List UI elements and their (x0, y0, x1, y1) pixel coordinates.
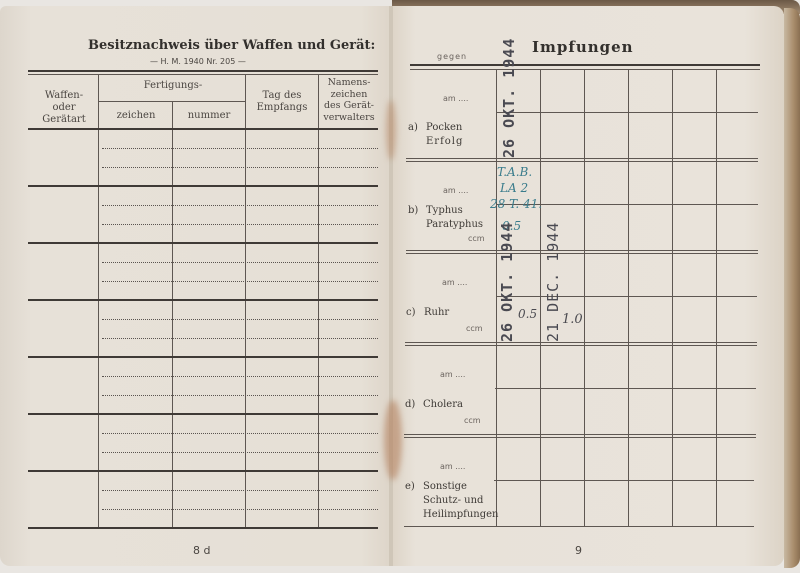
col-header-tag-des-empfangs: Tag des Empfangs (247, 90, 317, 114)
col-header-fertigungs: Fertigungs- (100, 80, 246, 92)
table-top-rule (28, 70, 378, 72)
grid-mid-rule (496, 296, 757, 297)
dotted-entry-line[interactable] (102, 148, 378, 149)
grid-col-divider (628, 70, 629, 526)
dotted-entry-line[interactable] (102, 376, 378, 377)
left-page-subtitle: — H. M. 1940 Nr. 205 — (150, 57, 246, 66)
dotted-entry-line[interactable] (102, 433, 378, 434)
dotted-entry-line[interactable] (102, 262, 378, 263)
table-bottom-rule (28, 527, 378, 529)
col-header-namenszeichen: Namens- zeichen des Gerät- verwalters (319, 77, 379, 123)
ccm-label: ccm (468, 234, 485, 243)
am-label: am .... (440, 462, 465, 471)
handwritten-tab: T.A.B. (497, 164, 532, 180)
section-rule (404, 437, 756, 438)
col-header-nummer: nummer (173, 110, 245, 122)
dotted-entry-line[interactable] (102, 319, 378, 320)
right-page-title: Impfungen (532, 38, 634, 56)
date-stamp-ruhr-1: 26 OKT. 1944 (498, 222, 516, 342)
book-spine (389, 6, 393, 566)
left-page-title: Besitznachweis über Waffen und Gerät: (88, 38, 375, 53)
row-rule (28, 185, 378, 187)
dotted-entry-line[interactable] (102, 509, 378, 510)
am-label: am .... (442, 278, 467, 287)
section-sub-schutz-heilimpfungen: Schutz- und Heilimpfungen (423, 494, 498, 522)
table-top-rule-inner (28, 74, 378, 75)
section-rule (406, 158, 758, 159)
dotted-entry-line[interactable] (102, 395, 378, 396)
section-rule (405, 342, 757, 343)
col-header-zeichen: zeichen (100, 110, 172, 122)
ruhr-dose-2: 1.0 (562, 312, 583, 328)
grid-col-divider (716, 70, 717, 526)
section-rule (406, 161, 758, 162)
date-stamp-ruhr-2: 21 DEC. 1944 (544, 222, 562, 342)
dotted-entry-line[interactable] (102, 167, 378, 168)
left-page-number: 8 d (193, 544, 210, 557)
dotted-entry-line[interactable] (102, 490, 378, 491)
section-name-ruhr: Ruhr (424, 306, 449, 320)
row-rule (28, 299, 378, 301)
section-name-pocken: Pocken (426, 121, 462, 135)
col-divider (245, 75, 246, 528)
section-rule (405, 345, 757, 346)
section-letter: e) (405, 480, 415, 494)
date-stamp-pocken: 26 OKT. 1944 (500, 38, 518, 158)
section-rule (406, 253, 758, 254)
grid-col-divider (496, 70, 497, 526)
col-header-waffen: Waffen- oder Gerätart (30, 90, 98, 126)
row-rule (28, 128, 378, 130)
vaccination-top-rule (410, 64, 760, 66)
section-name-typhus: Typhus (426, 204, 463, 218)
vaccination-bottom-rule (404, 526, 754, 527)
section-rule (406, 250, 758, 251)
col-divider (318, 75, 319, 528)
row-rule (28, 242, 378, 244)
handwritten-date: 28 T. 41. (490, 196, 542, 212)
right-page-number: 9 (575, 544, 582, 557)
section-letter: a) (408, 121, 418, 135)
section-name-sonstige: Sonstige (423, 480, 467, 494)
book-cover-right-edge (784, 8, 800, 568)
grid-col-divider (540, 70, 541, 526)
ccm-label: ccm (466, 324, 483, 333)
section-rule (404, 434, 756, 435)
dotted-entry-line[interactable] (102, 338, 378, 339)
ccm-label: ccm (464, 416, 481, 425)
dotted-entry-line[interactable] (102, 205, 378, 206)
rust-stain (384, 400, 402, 480)
section-letter: b) (408, 204, 418, 218)
grid-col-divider (584, 70, 585, 526)
ruhr-dose-1: 0.5 (518, 306, 537, 322)
col-divider (172, 102, 173, 528)
col-divider (98, 75, 99, 528)
section-sub-erfolg: Erfolg (426, 135, 463, 149)
section-sub-paratyphus: Paratyphus (426, 218, 483, 232)
am-label: am .... (440, 370, 465, 379)
row-rule (28, 356, 378, 358)
grid-col-divider (672, 70, 673, 526)
handwritten-batch: LA 2 (500, 180, 528, 196)
section-letter: d) (405, 398, 415, 412)
dotted-entry-line[interactable] (102, 224, 378, 225)
vaccination-top-rule-inner (410, 69, 760, 70)
open-document-booklet: Besitznachweis über Waffen und Gerät: — … (0, 0, 800, 573)
rust-stain (386, 100, 396, 160)
am-label: am .... (443, 186, 468, 195)
row-rule (28, 470, 378, 472)
grid-mid-rule (494, 480, 754, 481)
am-label: am .... (443, 94, 468, 103)
dotted-entry-line[interactable] (102, 281, 378, 282)
section-name-cholera: Cholera (423, 398, 463, 412)
gegen-label: gegen (437, 52, 467, 61)
section-letter: c) (406, 306, 416, 320)
dotted-entry-line[interactable] (102, 452, 378, 453)
row-rule (28, 413, 378, 415)
